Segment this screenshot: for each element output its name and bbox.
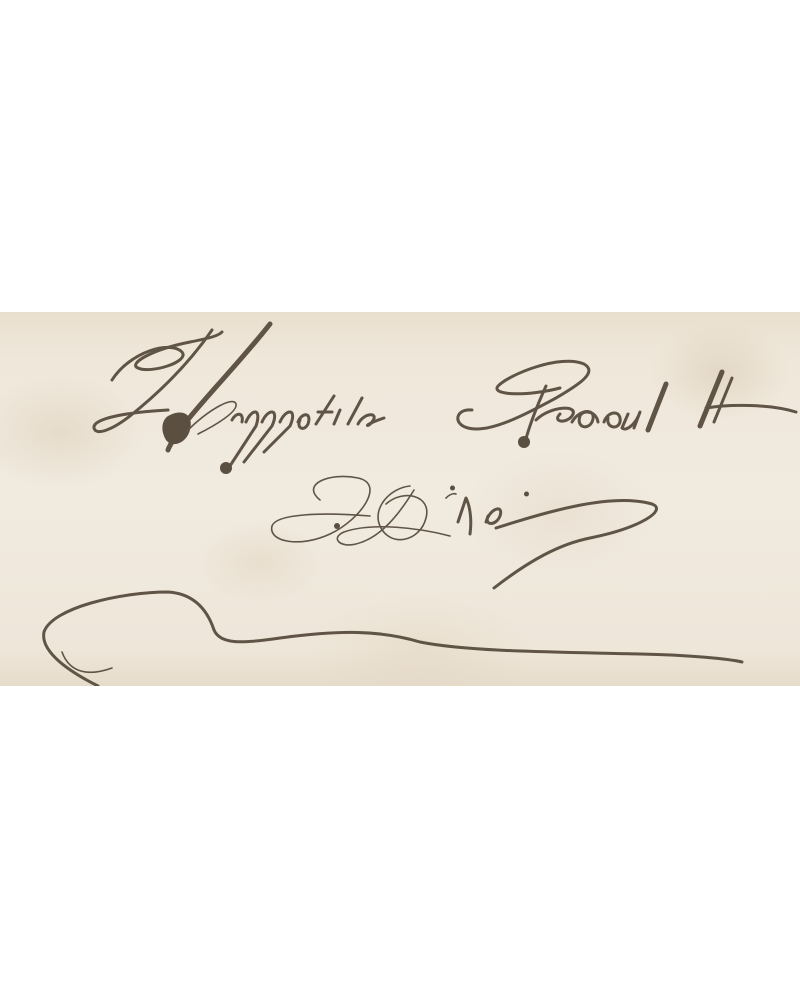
- i-dot: [450, 486, 455, 491]
- letter-y1: [226, 412, 258, 472]
- letter-t: [700, 372, 722, 426]
- paper-card-photo: [0, 312, 800, 686]
- letters-ite: [334, 398, 384, 425]
- letter-i: [458, 498, 471, 534]
- s-period: [334, 523, 340, 529]
- letter-e: [486, 509, 501, 524]
- s-capital: [272, 476, 370, 541]
- d-capital: [378, 486, 427, 540]
- letter-u: [622, 412, 640, 429]
- calligraphy-strokes: [0, 312, 800, 686]
- accent-mark: [524, 492, 529, 497]
- h-ink-blot: [162, 412, 190, 444]
- letter-o: [298, 415, 309, 429]
- letter-o2: [604, 413, 620, 427]
- letter-l2: [648, 384, 666, 430]
- letter-l-t: [316, 396, 334, 424]
- h-crossbar: [186, 402, 236, 434]
- letter-a: [572, 412, 598, 427]
- r-leg: [536, 408, 573, 421]
- underline-flourish: [44, 592, 742, 686]
- e-flourish: [494, 501, 657, 588]
